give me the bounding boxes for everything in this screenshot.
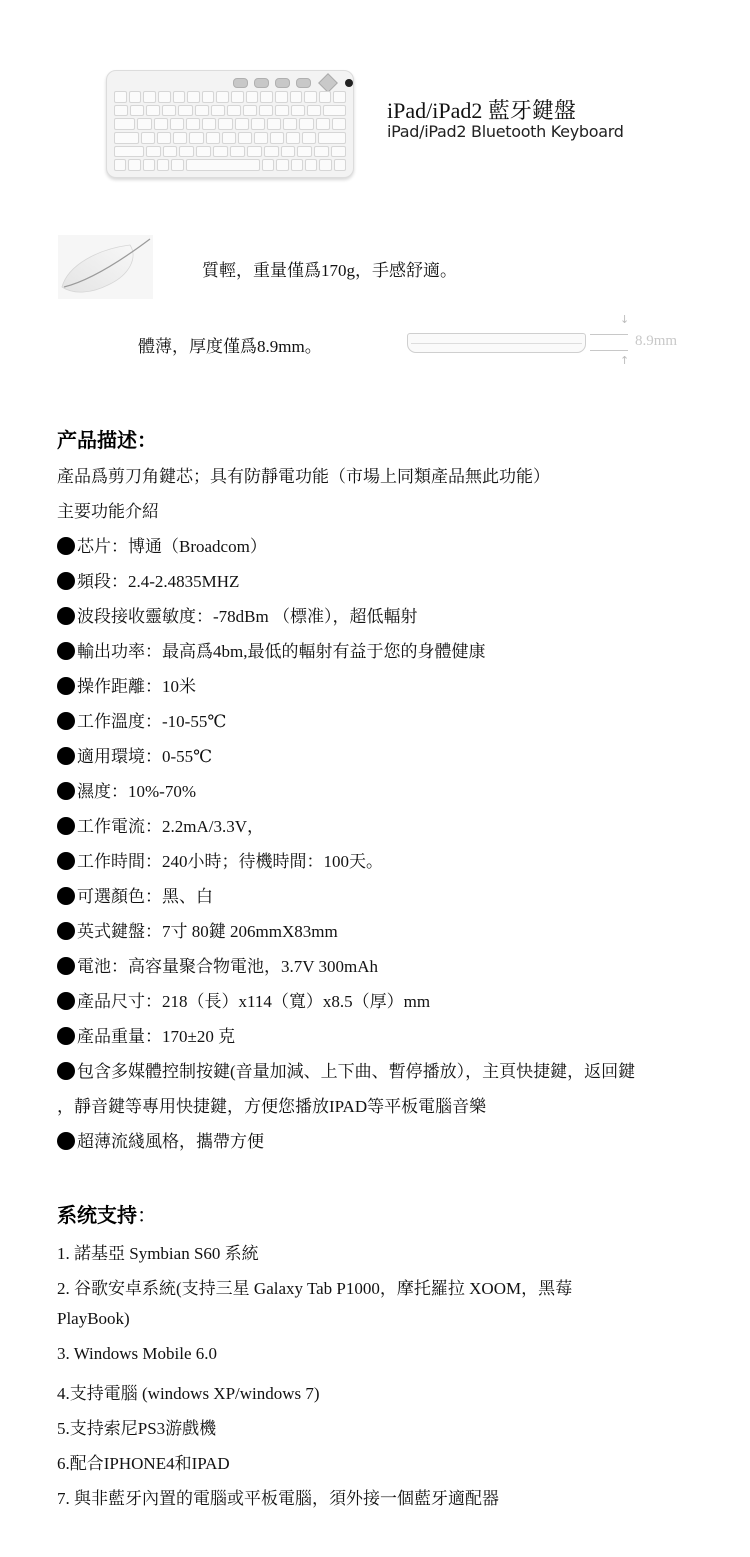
system-item: 1. 諾基亞 Symbian S60 系統 [57,1239,259,1264]
bullet-icon [57,922,75,940]
product-title-en: iPad/iPad2 Bluetooth Keyboard [387,122,624,141]
power-indicator-icon [345,79,353,87]
bullet-icon [57,607,75,625]
system-item: 6.配合IPHONE4和IPAD [57,1449,230,1474]
spec-item: 工作時間：240小時；待機時間：100天。 [57,847,383,872]
keyboard-side-profile [407,333,586,353]
description-heading: 产品描述： [57,424,157,453]
bullet-icon [57,747,75,765]
systems-heading: 系统支持： [57,1199,157,1228]
spec-item: 產品重量：170±20 克 [57,1022,235,1047]
spec-item: 操作距離：10米 [57,672,196,697]
spec-item-continuation: ，靜音鍵等專用快捷鍵，方便您播放IPAD等平板電腦音樂 [57,1092,486,1117]
spec-item: 芯片：博通（Broadcom） [57,532,267,557]
system-item: 5.支持索尼PS3游戲機 [57,1414,216,1439]
spec-item: 頻段：2.4-2.4835MHZ [57,567,239,592]
dimension-line-top [590,334,628,335]
bullet-icon [57,817,75,835]
spec-item: 濕度：10%-70% [57,777,196,802]
bullet-icon [57,572,75,590]
spec-item: 產品尺寸：218（長）x114（寬）x8.5（厚）mm [57,987,430,1012]
bullet-icon [57,677,75,695]
description-intro: 產品爲剪刀角鍵芯；具有防靜電功能（市場上同類產品無此功能） [57,462,550,487]
thickness-feature: 體薄，厚度僅爲8.9mm。 [138,332,322,357]
bullet-icon [57,887,75,905]
home-key-icon [318,73,338,93]
spec-item: 電池：高容量聚合物電池，3.7V 300mAh [57,952,378,977]
bullet-icon [57,992,75,1010]
keyboard-image [106,70,354,178]
bullet-icon [57,642,75,660]
dimension-line-bottom [590,350,628,351]
spec-item: 包含多媒體控制按鍵(音量加減、上下曲、暫停播放），主頁快捷鍵，返回鍵 [57,1057,635,1082]
product-title-cn: iPad/iPad2 藍牙鍵盤 [387,94,576,125]
weight-feature: 質輕，重量僅爲170g，手感舒適。 [202,256,457,281]
bullet-icon [57,1027,75,1045]
spec-item: 輸出功率：最高爲4bm,最低的輻射有益于您的身體健康 [57,637,485,662]
spec-item: 工作電流：2.2mA/3.3V， [57,812,264,837]
spec-item: 英式鍵盤：7寸 80鍵 206mmX83mm [57,917,338,942]
system-item: 4.支持電腦 (windows XP/windows 7) [57,1379,320,1404]
system-item: 2. 谷歌安卓系統(支持三星 Galaxy Tab P1000，摩托羅拉 XOO… [57,1274,572,1299]
bullet-icon [57,1132,75,1150]
system-item: 3. Windows Mobile 6.0 [57,1344,217,1364]
spec-item: 超薄流綫風格，攜帶方便 [57,1127,264,1152]
bullet-icon [57,1062,75,1080]
feather-icon [58,235,153,299]
spec-item: 適用環境：0-55℃ [57,742,212,767]
bullet-icon [57,957,75,975]
spec-item: 可選顏色：黑、白 [57,882,213,907]
media-buttons [233,76,353,90]
arrow-down-icon: ↓ [620,313,629,326]
spec-item: 波段接收靈敏度：-78dBm （標准），超低輻射 [57,602,417,627]
system-item: 7. 與非藍牙內置的電腦或平板電腦，須外接一個藍牙適配器 [57,1484,499,1509]
bullet-icon [57,537,75,555]
bullet-icon [57,712,75,730]
arrow-up-icon: ↑ [620,354,629,367]
description-subheading: 主要功能介紹 [57,497,159,522]
key-grid [114,91,346,171]
spec-item: 工作溫度：-10-55℃ [57,707,226,732]
bullet-icon [57,852,75,870]
thickness-label: 8.9mm [635,333,677,350]
system-item: PlayBook) [57,1309,130,1329]
bullet-icon [57,782,75,800]
